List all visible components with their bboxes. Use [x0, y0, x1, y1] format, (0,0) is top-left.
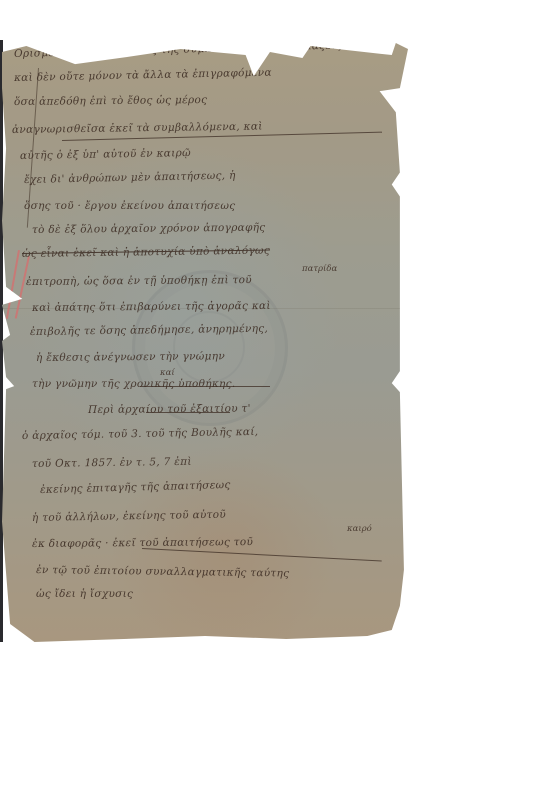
manuscript-line: Ορισμένη ὄχι γραμματεῖς τῆς συμπολιτείας…	[14, 39, 342, 60]
manuscript-line: ὡς ἴδει ἡ ἴσχυσις	[36, 588, 133, 600]
manuscript-line: ἐπιτροπὴ, ὡς ὅσα ἐν τῇ ὑποθήκῃ ἐπὶ τοῦ	[26, 274, 252, 288]
manuscript-line: ὅσης τοῦ · ἔργου ἐκείνου ἀπαιτήσεως	[24, 200, 235, 212]
manuscript-line: αὐτῆς ὁ ἐξ ὑπ' αὐτοῦ ἐν καιρῷ	[20, 147, 191, 162]
strike-stroke	[140, 386, 270, 387]
manuscript-page: Ορισμένη ὄχι γραμματεῖς τῆς συμπολιτείας…	[2, 40, 408, 642]
manuscript-line: Περὶ ἀρχαίου τοῦ ἐξαιτίου τ'	[88, 403, 251, 416]
interlinear-insertion: πατρίδα	[302, 264, 337, 274]
scan-viewer: Ορισμένη ὄχι γραμματεῖς τῆς συμπολιτείας…	[0, 0, 549, 800]
manuscript-line: ἔχει δι' ἀνθρώπων μὲν ἀπαιτήσεως, ἡ	[24, 170, 236, 186]
manuscript-line: τοῦ Οκτ. 1857. ἐν τ. 5, 7 ἐπὶ	[32, 456, 192, 470]
manuscript-line: τὴν γνῶμην τῆς χρονικῆς ὑποθήκης.	[32, 378, 235, 390]
strike-stroke	[146, 412, 230, 413]
interlinear-insertion: καί	[160, 368, 175, 378]
interlinear-insertion: καιρό	[347, 524, 372, 534]
manuscript-line: ἡ ἔκθεσις ἀνέγνωσεν τὴν γνώμην	[36, 350, 225, 364]
manuscript-line: ἐκείνης ἐπιταγῆς τῆς ἀπαιτήσεως	[40, 479, 231, 496]
manuscript-line: ἡ τοῦ ἀλλήλων, ἐκείνης τοῦ αὐτοῦ	[32, 509, 226, 524]
strike-stroke	[142, 548, 382, 562]
manuscript-line: ὁ ἀρχαῖος τόμ. τοῦ 3. τοῦ τῆς Βουλῆς καί…	[22, 426, 259, 442]
manuscript-line: ἐν τῷ τοῦ ἐπιτοίου συναλλαγματικῆς ταύτη…	[36, 564, 290, 580]
manuscript-line: καὶ ἀπάτης ὅτι ἐπιβαρύνει τῆς ἀγορᾶς καὶ	[32, 300, 271, 314]
manuscript-line: ἀναγνωρισθεῖσα ἐκεῖ τὰ συμβαλλόμενα, καὶ	[12, 121, 263, 136]
manuscript-line: καὶ δὲν οὔτε μόνον τὰ ἄλλα τὰ ἐπιγραφόμε…	[14, 67, 272, 84]
manuscript-line: τὸ δὲ ἐξ ὅλου ἀρχαῖον χρόνον ἀπογραφῆς	[32, 222, 266, 236]
manuscript-line: ὅσα ἀπεδόθη ἐπὶ τὸ ἔθος ὡς μέρος	[14, 94, 207, 108]
manuscript-line: ὡς εἶναι ἐκεῖ καὶ ἡ ἀποτυχία ὑπὸ ἀναλόγω…	[22, 245, 270, 260]
